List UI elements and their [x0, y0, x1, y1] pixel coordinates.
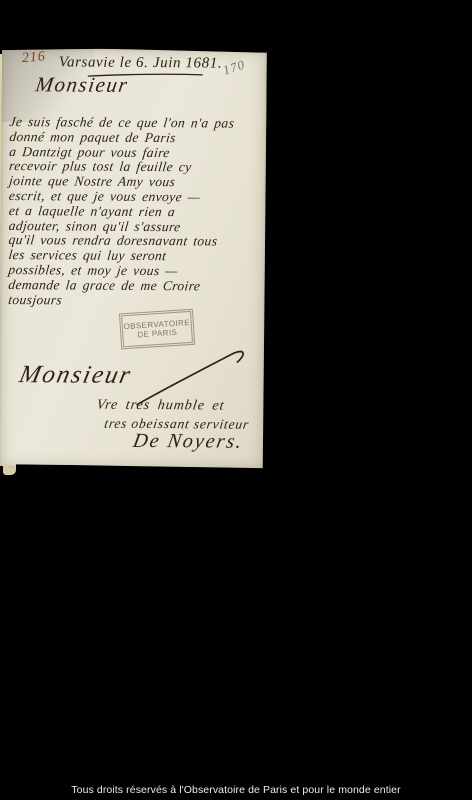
closing-salutation: Monsieur [17, 361, 135, 390]
photo-stage: 216 170 Varsavie le 6. Juin 1681. Monsie… [0, 0, 472, 800]
letter-body: Je suis fasché de ce que l'on n'a pas do… [8, 115, 263, 309]
manuscript-page: 216 170 Varsavie le 6. Juin 1681. Monsie… [0, 48, 267, 470]
body-line: tousjours [7, 293, 263, 310]
closing-line: Vre tres humble et [95, 398, 225, 415]
salutation: Monsieur [34, 72, 130, 98]
observatoire-stamp: OBSERVATOIRE DE PARIS [119, 309, 195, 350]
signature: De Noyers. [131, 430, 245, 454]
archival-number: 216 [21, 49, 46, 67]
stamp-line-2: DE PARIS [137, 328, 177, 340]
folio-number: 170 [221, 57, 247, 79]
copyright-caption: Tous droits réservés à l'Observatoire de… [0, 784, 472, 796]
dateline: Varsavie le 6. Juin 1681. [59, 54, 222, 72]
